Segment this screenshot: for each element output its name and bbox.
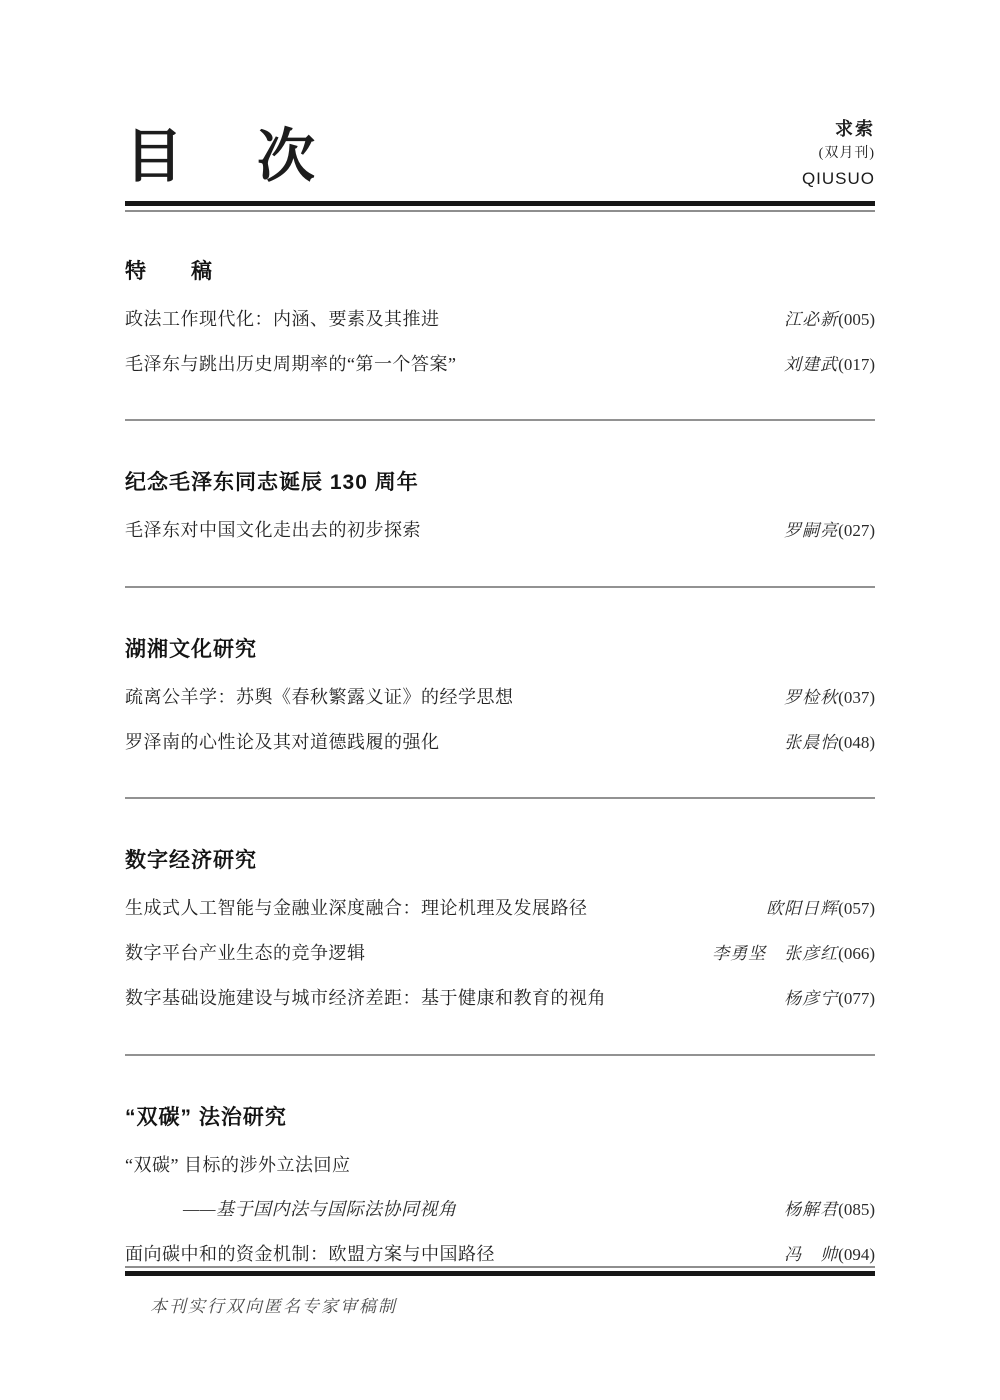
header-rule-thick — [125, 201, 875, 206]
article-author-page: 张晨怡(048) — [764, 732, 875, 753]
section-heading: 数字经济研究 — [125, 844, 875, 874]
section-heading: 特 稿 — [125, 255, 875, 285]
article-row: ——基于国内法与国际法协同视角 杨解君(085) — [125, 1199, 875, 1220]
article-title: 数字平台产业生态的竞争逻辑 — [125, 943, 366, 964]
page-number: (077) — [838, 989, 875, 1008]
toc-section: “双碳” 法治研究 “双碳” 目标的涉外立法回应 ——基于国内法与国际法协同视角… — [125, 1101, 875, 1265]
article-author-page: 罗检秋(037) — [764, 687, 875, 708]
article-row: 政法工作现代化：内涵、要素及其推进 江必新(005) — [125, 309, 875, 330]
article-author-page: 欧阳日辉(057) — [746, 898, 875, 919]
toc-section: 纪念毛泽东同志诞辰 130 周年 毛泽东对中国文化走出去的初步探索 罗嗣亮(02… — [125, 466, 875, 541]
author-name: 杨彦宁 — [784, 989, 838, 1008]
article-title: 数字基础设施建设与城市经济差距：基于健康和教育的视角 — [125, 988, 606, 1009]
page-number: (037) — [838, 688, 875, 707]
page-number: (017) — [838, 355, 875, 374]
toc-section: 特 稿 政法工作现代化：内涵、要素及其推进 江必新(005) 毛泽东与跳出历史周… — [125, 255, 875, 374]
article-title: 毛泽东对中国文化走出去的初步探索 — [125, 520, 421, 541]
article-row: “双碳” 目标的涉外立法回应 — [125, 1155, 875, 1176]
author-name: 欧阳日辉 — [766, 899, 838, 918]
journal-romanized: QIUSUO — [802, 170, 875, 187]
author-name: 杨解君 — [784, 1200, 838, 1219]
page-number: (085) — [838, 1200, 875, 1219]
article-author-page: 杨彦宁(077) — [764, 988, 875, 1009]
page-content: 目 次 求索 (双月刊) QIUSUO 特 稿 政法工作现代化：内涵、要素及其推… — [125, 0, 875, 1265]
review-policy-note: 本刊实行双向匿名专家审稿制 — [125, 1292, 875, 1317]
article-author-page: 罗嗣亮(027) — [764, 520, 875, 541]
footer-rule-thick — [125, 1271, 875, 1276]
page-number: (066) — [838, 944, 875, 963]
article-list: 生成式人工智能与金融业深度融合：理论机理及发展路径 欧阳日辉(057) 数字平台… — [125, 898, 875, 1008]
article-author-page: 冯 帅(094) — [764, 1244, 875, 1265]
page-footer: 本刊实行双向匿名专家审稿制 — [125, 1266, 875, 1317]
footer-rule-thin — [125, 1266, 875, 1268]
author-name: 冯 帅 — [784, 1245, 838, 1264]
toc-section: 湖湘文化研究 疏离公羊学：苏舆《春秋繁露义证》的经学思想 罗检秋(037) 罗泽… — [125, 633, 875, 752]
article-title: 政法工作现代化：内涵、要素及其推进 — [125, 309, 440, 330]
article-author-page: 李勇坚 张彦红(066) — [692, 943, 875, 964]
article-title: 面向碳中和的资金机制：欧盟方案与中国路径 — [125, 1244, 495, 1265]
article-author-page: 刘建武(017) — [764, 354, 875, 375]
section-heading: 湖湘文化研究 — [125, 633, 875, 663]
article-title: 生成式人工智能与金融业深度融合：理论机理及发展路径 — [125, 898, 588, 919]
author-name: 罗嗣亮 — [784, 521, 838, 540]
journal-name: 求索 — [802, 120, 875, 138]
section-heading: “双碳” 法治研究 — [125, 1101, 875, 1131]
toc-sections: 特 稿 政法工作现代化：内涵、要素及其推进 江必新(005) 毛泽东与跳出历史周… — [125, 255, 875, 1265]
article-row: 毛泽东与跳出历史周期率的“第一个答案” 刘建武(017) — [125, 354, 875, 375]
section-divider — [125, 797, 875, 799]
article-row: 数字基础设施建设与城市经济差距：基于健康和教育的视角 杨彦宁(077) — [125, 988, 875, 1009]
journal-frequency: (双月刊) — [802, 147, 875, 161]
header-rule-thin — [125, 210, 875, 212]
article-row: 疏离公羊学：苏舆《春秋繁露义证》的经学思想 罗检秋(037) — [125, 687, 875, 708]
article-author-page: 杨解君(085) — [764, 1199, 875, 1220]
article-row: 毛泽东对中国文化走出去的初步探索 罗嗣亮(027) — [125, 520, 875, 541]
article-title: 毛泽东与跳出历史周期率的“第一个答案” — [125, 354, 456, 375]
author-name: 刘建武 — [784, 355, 838, 374]
article-author-page: 江必新(005) — [764, 309, 875, 330]
journal-info: 求索 (双月刊) QIUSUO — [802, 120, 875, 189]
article-title: “双碳” 目标的涉外立法回应 — [125, 1155, 350, 1176]
article-list: “双碳” 目标的涉外立法回应 ——基于国内法与国际法协同视角 杨解君(085) … — [125, 1155, 875, 1265]
page-number: (094) — [838, 1245, 875, 1264]
page-title: 目 次 — [125, 126, 323, 189]
author-name: 张晨怡 — [784, 733, 838, 752]
article-list: 疏离公羊学：苏舆《春秋繁露义证》的经学思想 罗检秋(037) 罗泽南的心性论及其… — [125, 687, 875, 752]
page-header: 目 次 求索 (双月刊) QIUSUO — [125, 0, 875, 189]
article-subtitle: ——基于国内法与国际法协同视角 — [125, 1199, 457, 1220]
section-heading: 纪念毛泽东同志诞辰 130 周年 — [125, 466, 875, 496]
page-number: (027) — [838, 521, 875, 540]
article-title: 罗泽南的心性论及其对道德践履的强化 — [125, 732, 440, 753]
section-divider — [125, 419, 875, 421]
article-list: 政法工作现代化：内涵、要素及其推进 江必新(005) 毛泽东与跳出历史周期率的“… — [125, 309, 875, 374]
article-row: 罗泽南的心性论及其对道德践履的强化 张晨怡(048) — [125, 732, 875, 753]
section-divider — [125, 586, 875, 588]
article-row: 面向碳中和的资金机制：欧盟方案与中国路径 冯 帅(094) — [125, 1244, 875, 1265]
author-name: 江必新 — [784, 310, 838, 329]
article-row: 数字平台产业生态的竞争逻辑 李勇坚 张彦红(066) — [125, 943, 875, 964]
article-title: 疏离公羊学：苏舆《春秋繁露义证》的经学思想 — [125, 687, 514, 708]
toc-section: 数字经济研究 生成式人工智能与金融业深度融合：理论机理及发展路径 欧阳日辉(05… — [125, 844, 875, 1008]
page-number: (048) — [838, 733, 875, 752]
page-number: (005) — [838, 310, 875, 329]
journal-toc-page: 目 次 求索 (双月刊) QIUSUO 特 稿 政法工作现代化：内涵、要素及其推… — [0, 0, 1000, 1400]
article-list: 毛泽东对中国文化走出去的初步探索 罗嗣亮(027) — [125, 520, 875, 541]
author-name: 罗检秋 — [784, 688, 838, 707]
author-name: 李勇坚 张彦红 — [712, 944, 838, 963]
page-number: (057) — [838, 899, 875, 918]
article-row: 生成式人工智能与金融业深度融合：理论机理及发展路径 欧阳日辉(057) — [125, 898, 875, 919]
section-divider — [125, 1054, 875, 1056]
